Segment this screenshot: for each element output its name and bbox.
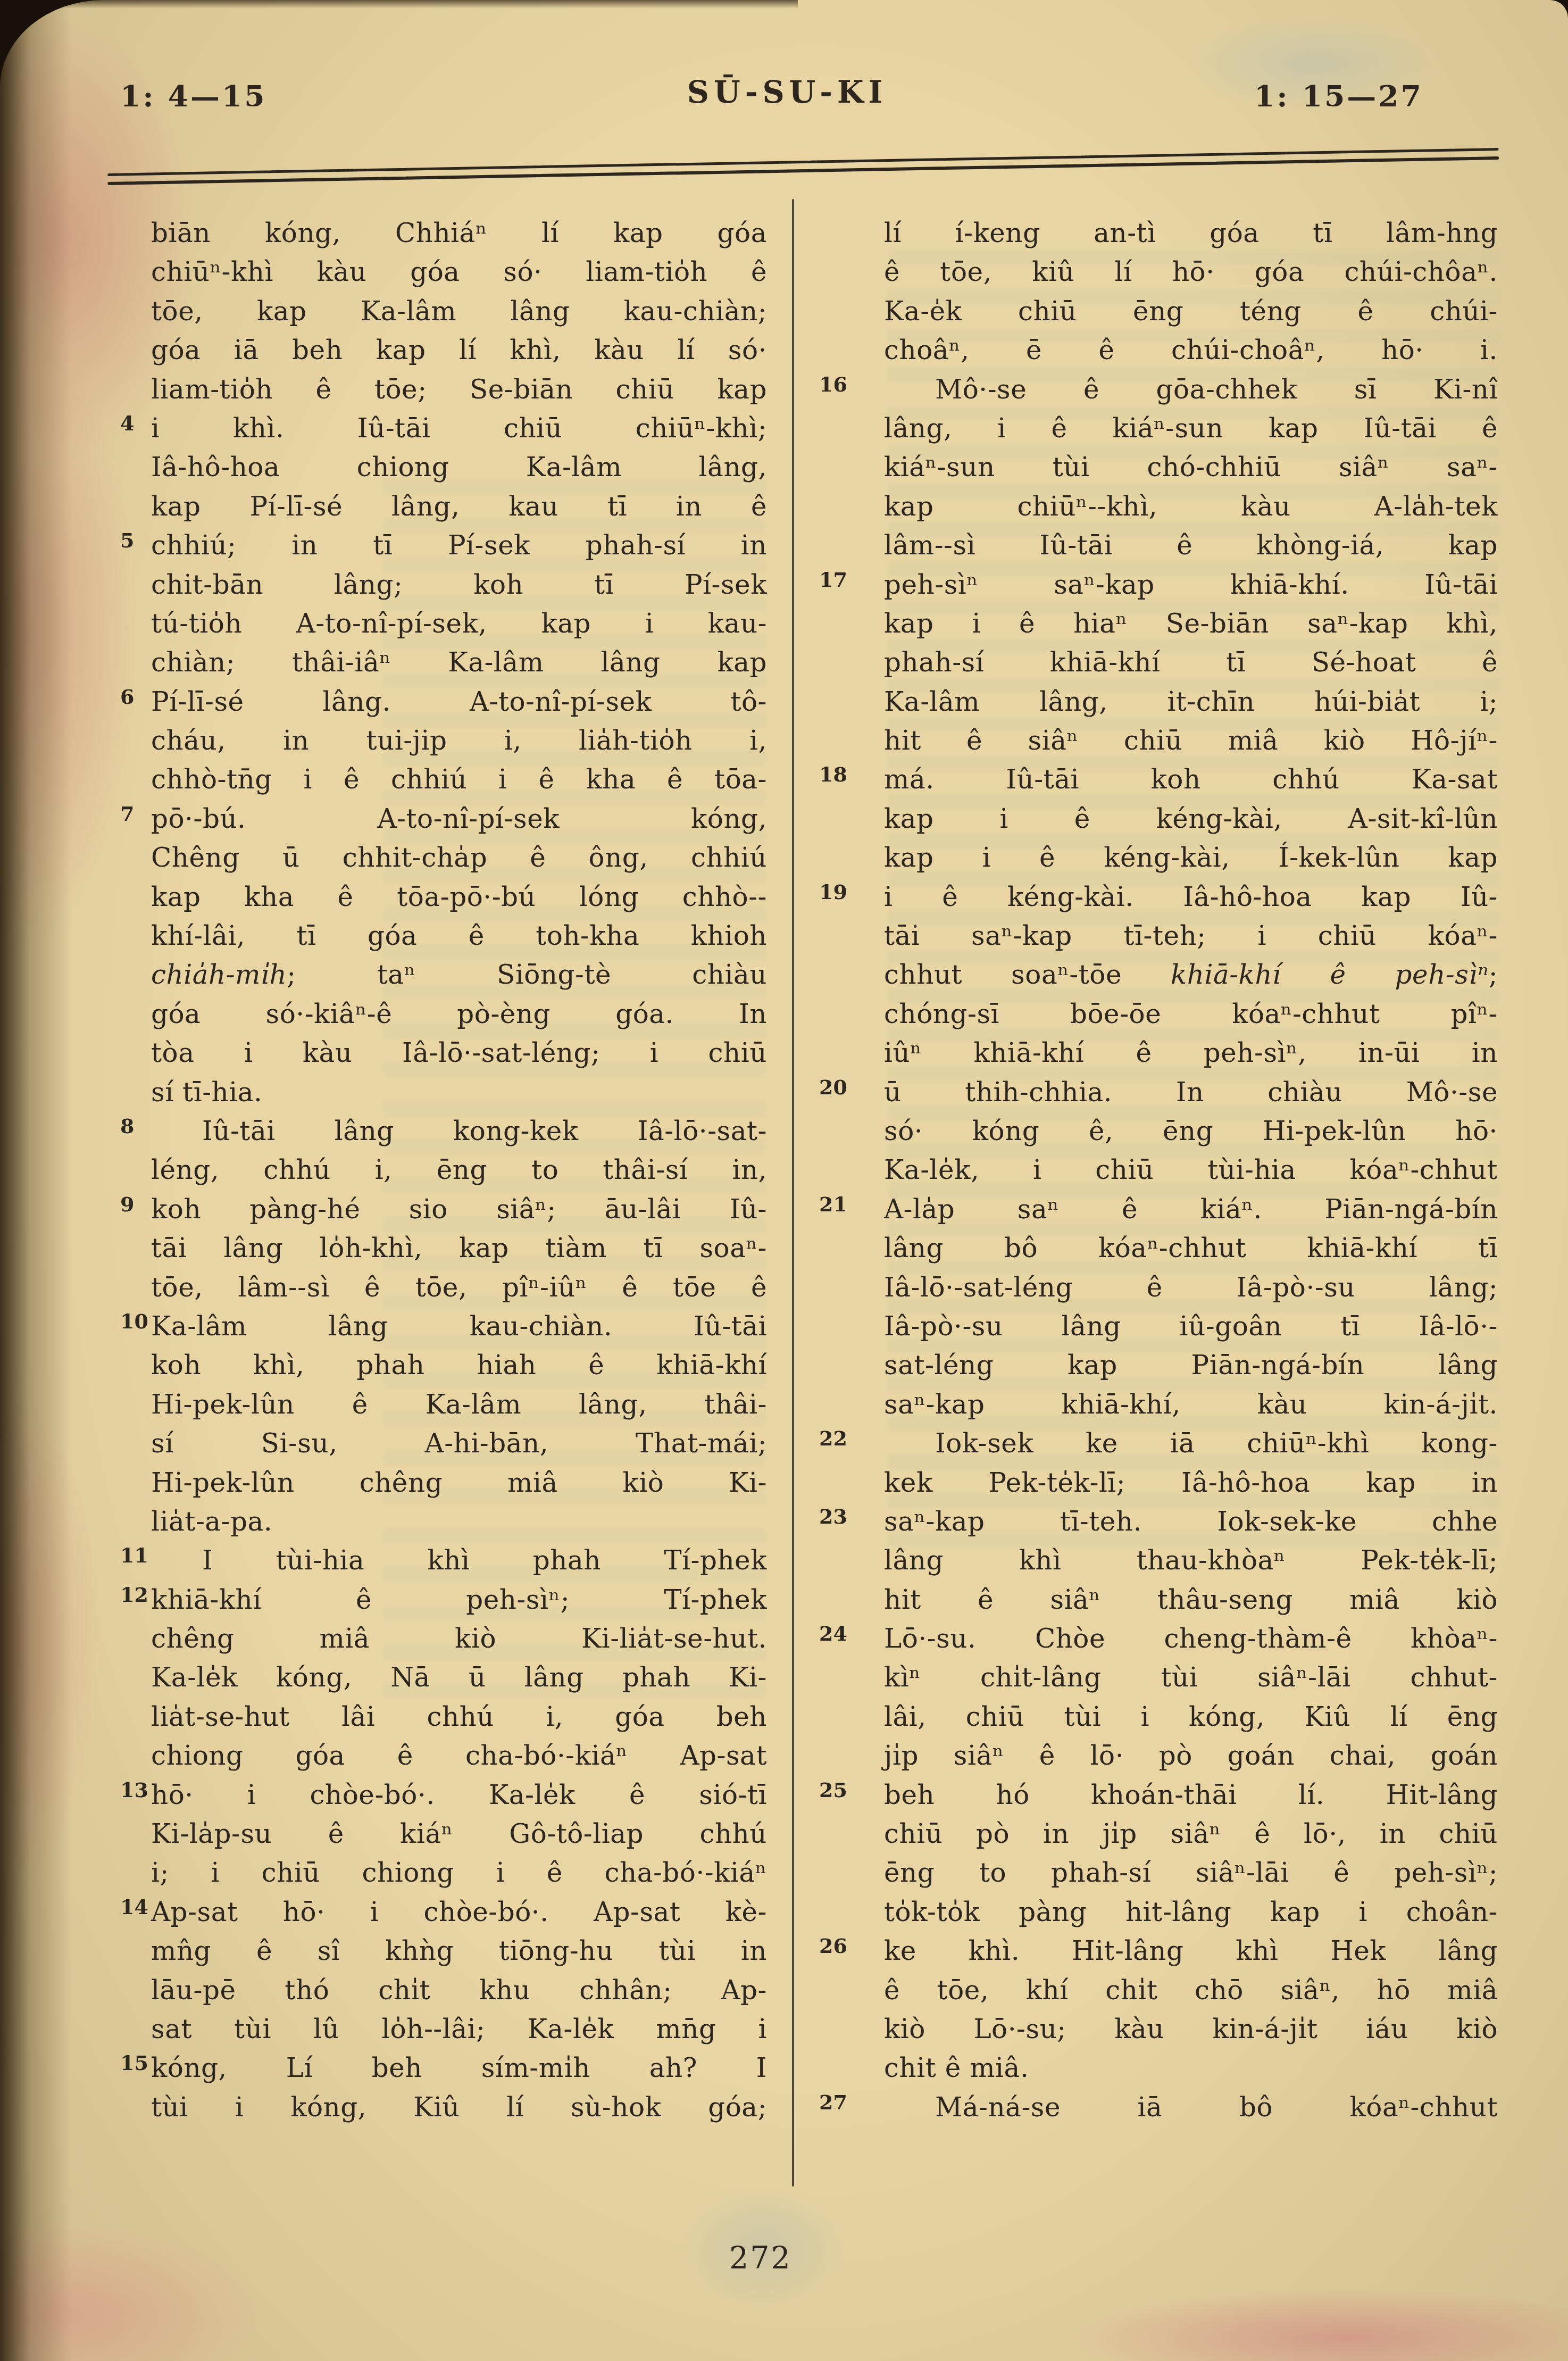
text-segment: biān kóng, Chhiáⁿ lí kap góa: [151, 218, 767, 248]
text-line: tāi saⁿ-kap tī-teh; i chiū kóaⁿ-: [884, 917, 1498, 955]
text-segment: hō· i chòe-bó·. Ka-le̍k ê sió-tī: [151, 1780, 767, 1810]
text-line: Hi-pek-lûn ê Ka-lâm lâng, thâi-: [151, 1385, 767, 1424]
text-line: chiūⁿ-khì kàu góa só· liam-tio̍h ê: [151, 253, 767, 292]
text-line: Iok-sek ke iā chiūⁿ-khì kong-22: [884, 1424, 1498, 1463]
text-line: kap kha ê tōa-pō·-bú lóng chhò--: [151, 878, 767, 917]
text-line: lâng, i ê kiáⁿ-sun kap Iû-tāi ê: [884, 409, 1498, 448]
text-segment: i khì. Iû-tāi chiū chiūⁿ-khì;: [151, 413, 767, 444]
text-segment: sí tī-hia.: [151, 1077, 262, 1108]
text-segment: lia̍t-a-pa.: [151, 1506, 272, 1537]
header-verse-range-right: 1: 15—27: [1254, 79, 1423, 113]
text-segment: i ê kéng-kài. Iâ-hô-hoa kap Iû-: [884, 882, 1498, 912]
text-segment: chit-bān lâng; koh tī Pí-sek: [151, 569, 767, 600]
text-line: tāi lâng lo̍h-khì, kap tiàm tī soaⁿ-: [151, 1229, 767, 1268]
text-line: beh hó khoán-thāi lí. Hit-lâng25: [884, 1776, 1498, 1815]
verse-number: 26: [819, 1936, 847, 1956]
text-segment: Ka-lâm lâng kau-chiàn. Iû-tāi: [151, 1311, 767, 1342]
text-segment: koh khì, phah hiah ê khiā-khí: [151, 1350, 767, 1381]
text-segment: ;: [1489, 959, 1498, 990]
text-segment: chiūⁿ-khì kàu góa só· liam-tio̍h ê: [151, 256, 767, 287]
text-segment: Iok-sek ke iā chiūⁿ-khì kong-: [935, 1428, 1498, 1459]
verse-number: 13: [120, 1780, 148, 1800]
text-line: mn̂g ê sî khǹg tiōng-hu tùi in: [151, 1932, 767, 1971]
text-line: chhiú; in tī Pí-sek phah-sí in5: [151, 526, 767, 565]
verse-number: 22: [819, 1428, 847, 1449]
text-line: ū thih-chhia. In chiàu Mô·-se20: [884, 1073, 1498, 1112]
text-segment: lâi, chiū tùi i kóng, Kiû lí ēng: [884, 1701, 1498, 1732]
verse-number: 12: [120, 1585, 148, 1605]
text-line: sí tī-hia.: [151, 1073, 767, 1112]
text-segment: ū thih-chhia. In chiàu Mô·-se: [884, 1077, 1498, 1108]
text-line: Ap-sat hō· i chòe-bó·. Ap-sat kè-14: [151, 1893, 767, 1932]
text-line: liam-tio̍h ê tōe; Se-biān chiū kap: [151, 370, 767, 409]
text-segment: ke khì. Hit-lâng khì Hek lâng: [884, 1935, 1498, 1966]
text-segment: khiā-khí ê peh-sìⁿ; Tí-phek: [151, 1584, 767, 1615]
text-line: Lō·-su. Chòe cheng-thàm-ê khòaⁿ-24: [884, 1619, 1498, 1658]
text-line: Ka-lâm lâng, it-chīn húi-bia̍t i;: [884, 683, 1498, 721]
text-line: hō· i chòe-bó·. Ka-le̍k ê sió-tī13: [151, 1776, 767, 1815]
text-segment: só· kóng ê, ēng Hi-pek-lûn hō·: [884, 1116, 1498, 1146]
text-line: Ka-lâm lâng kau-chiàn. Iû-tāi10: [151, 1307, 767, 1346]
text-line: kap i ê hiaⁿ Se-biān saⁿ-kap khì,: [884, 604, 1498, 643]
text-line: tōe, lâm--sì ê tōe, pîⁿ-iûⁿ ê tōe ê: [151, 1268, 767, 1307]
text-line: saⁿ-kap khiā-khí, kàu kin-á-ji̍t.: [884, 1385, 1498, 1424]
text-segment: lâng, i ê kiáⁿ-sun kap Iû-tāi ê: [884, 413, 1498, 444]
text-segment: Iâ-lō·-sat-léng ê Iâ-pò·-su lâng;: [884, 1272, 1498, 1303]
text-segment: Ki-la̍p-su ê kiáⁿ Gô-tô-liap chhú: [151, 1818, 767, 1849]
text-line: ke khì. Hit-lâng khì Hek lâng26: [884, 1932, 1498, 1971]
text-line: chhut soaⁿ-tōe khiā-khí ê peh-sìⁿ;: [884, 955, 1498, 994]
text-line: phah-sí khiā-khí tī Sé-hoat ê: [884, 643, 1498, 682]
text-segment: saⁿ-kap khiā-khí, kàu kin-á-ji̍t.: [884, 1389, 1498, 1420]
verse-number: 19: [819, 882, 847, 902]
header-double-rule: [107, 148, 1499, 185]
text-line: lâng khì thau-khòaⁿ Pek-te̍k-lī;: [884, 1541, 1498, 1580]
text-segment: tùi i kóng, Kiû lí sù-hok góa;: [151, 2092, 767, 2123]
text-line: lāu-pē thó chi̍t khu chhân; Ap-: [151, 1971, 767, 2010]
text-line: góa só·-kiâⁿ-ê pò-èng góa. In: [151, 995, 767, 1034]
text-line: Ka-le̍k kóng, Nā ū lâng phah Ki-: [151, 1658, 767, 1697]
text-segment: Lō·-su. Chòe cheng-thàm-ê khòaⁿ-: [884, 1623, 1498, 1654]
text-segment: A-la̍p saⁿ ê kiáⁿ. Piān-ngá-bín: [884, 1194, 1498, 1225]
text-line: kap i ê kéng-kài, A-sit-kî-lûn: [884, 800, 1498, 838]
text-line: hit ê siâⁿ thâu-seng miâ kiò: [884, 1581, 1498, 1619]
text-segment: sat-léng kap Piān-ngá-bín lâng: [884, 1350, 1498, 1381]
verse-number: 8: [120, 1116, 134, 1136]
text-column-right: lí í-keng an-tì góa tī lâm-hngê tōe, kiû…: [884, 214, 1498, 2127]
text-line: biān kóng, Chhiáⁿ lí kap góa: [151, 214, 767, 253]
text-line: ê tōe, khí chi̍t chō siâⁿ, hō miâ: [884, 1971, 1498, 2010]
text-line: chit ê miâ.: [884, 2049, 1498, 2088]
text-segment: chhò-tn̄g i ê chhiú i ê kha ê tōa-: [151, 764, 767, 795]
verse-number: 18: [819, 764, 847, 785]
verse-number: 17: [819, 570, 847, 590]
text-line: léng, chhú i, ēng to thâi-sí in,: [151, 1151, 767, 1190]
text-segment: kìⁿ chi̍t-lâng tùi siâⁿ-lāi chhut-: [884, 1662, 1498, 1693]
text-segment: I tùi-hia khì phah Tí-phek: [202, 1545, 767, 1576]
verse-number: 5: [120, 530, 134, 551]
text-segment: ji̍p siâⁿ ê lō· pò goán chai, goán: [884, 1740, 1498, 1771]
text-line: to̍k-to̍k pàng hit-lâng kap i choân-: [884, 1893, 1498, 1932]
text-segment: lí í-keng an-tì góa tī lâm-hng: [884, 218, 1498, 248]
verse-number: 7: [120, 804, 134, 824]
text-line: chiong góa ê cha-bó·-kiáⁿ Ap-sat: [151, 1736, 767, 1775]
text-segment: choâⁿ, ē ê chúi-choâⁿ, hō· i.: [884, 335, 1498, 365]
scanned-book-page: 1: 4—15 SŪ-SU-KI 1: 15—27 biān kóng, Chh…: [0, 0, 1568, 2361]
text-line: A-la̍p saⁿ ê kiáⁿ. Piān-ngá-bín21: [884, 1190, 1498, 1229]
text-segment: ēng to phah-sí siâⁿ-lāi ê peh-sìⁿ;: [884, 1857, 1498, 1888]
text-segment: Ka-lâm lâng, it-chīn húi-bia̍t i;: [884, 686, 1498, 717]
text-line: tú-tio̍h A-to-nî-pí-sek, kap i kau-: [151, 604, 767, 643]
text-line: kek Pek-te̍k-lī; Iâ-hô-hoa kap in: [884, 1464, 1498, 1502]
text-line: i; i chiū chiong i ê cha-bó·-kiáⁿ: [151, 1853, 767, 1892]
text-line: chia̍h-mi̍h; taⁿ Siōng-tè chiàu: [151, 955, 767, 994]
text-line: i khì. Iû-tāi chiū chiūⁿ-khì;4: [151, 409, 767, 448]
text-line: chiū pò in ji̍p siâⁿ ê lō·, in chiū: [884, 1815, 1498, 1853]
text-line: tòa i kàu Iâ-lō·-sat-léng; i chiū: [151, 1034, 767, 1073]
verse-number: 14: [120, 1897, 148, 1917]
text-segment: hit ê siâⁿ thâu-seng miâ kiò: [884, 1584, 1498, 1615]
text-segment: ; taⁿ Siōng-tè chiàu: [287, 959, 767, 990]
text-segment: Chêng ū chhit-cha̍p ê ông, chhiú: [151, 842, 767, 873]
text-segment: pō·-bú. A-to-nî-pí-sek kóng,: [151, 803, 767, 834]
verse-number: 6: [120, 687, 134, 707]
text-line: Chêng ū chhit-cha̍p ê ông, chhiú: [151, 838, 767, 877]
verse-number: 23: [819, 1507, 847, 1527]
text-line: ê tōe, kiû lí hō· góa chúi-chôaⁿ.: [884, 253, 1498, 292]
italic-phrase: chia̍h-mi̍h: [151, 959, 287, 990]
text-segment: Ka-e̍k chiū ēng téng ê chúi-: [884, 296, 1498, 327]
text-line: chêng miâ kiò Ki-lia̍t-se-hut.: [151, 1619, 767, 1658]
verse-number: 15: [120, 2053, 148, 2073]
text-segment: Pí-lī-sé lâng. A-to-nî-pí-sek tô-: [151, 686, 767, 717]
text-line: saⁿ-kap tī-teh. Iok-sek-ke chhe23: [884, 1502, 1498, 1541]
text-line: lâng bô kóaⁿ-chhut khiā-khí tī: [884, 1229, 1498, 1268]
text-segment: koh pàng-hé sio siâⁿ; āu-lâi Iû-: [151, 1194, 767, 1225]
text-line: má. Iû-tāi koh chhú Ka-sat18: [884, 760, 1498, 799]
text-line: cháu, in tui-jip i, lia̍h-tio̍h i,: [151, 721, 767, 760]
text-segment: Má-ná-se iā bô kóaⁿ-chhut: [935, 2092, 1498, 2123]
text-segment: Hi-pek-lûn ê Ka-lâm lâng, thâi-: [151, 1389, 767, 1420]
text-line: tōe, kap Ka-lâm lâng kau-chiàn;: [151, 292, 767, 331]
text-line: peh-sìⁿ saⁿ-kap khiā-khí. Iû-tāi17: [884, 566, 1498, 604]
text-line: chóng-sī bōe-ōe kóaⁿ-chhut pîⁿ-: [884, 995, 1498, 1034]
text-line: ēng to phah-sí siâⁿ-lāi ê peh-sìⁿ;: [884, 1853, 1498, 1892]
text-segment: Ap-sat hō· i chòe-bó·. Ap-sat kè-: [151, 1897, 767, 1927]
column-divider-rule: [792, 199, 794, 2187]
verse-number: 24: [819, 1624, 847, 1644]
text-segment: tāi saⁿ-kap tī-teh; i chiū kóaⁿ-: [884, 920, 1498, 951]
text-line: lia̍t-se-hut lâi chhú i, góa beh: [151, 1698, 767, 1736]
text-segment: iûⁿ khiā-khí ê peh-sìⁿ, in-ūi in: [884, 1037, 1498, 1068]
verse-number: 20: [819, 1077, 847, 1098]
text-segment: léng, chhú i, ēng to thâi-sí in,: [151, 1154, 767, 1185]
text-line: koh khì, phah hiah ê khiā-khí: [151, 1346, 767, 1385]
text-segment: chóng-sī bōe-ōe kóaⁿ-chhut pîⁿ-: [884, 999, 1498, 1029]
text-line: hit ê siâⁿ chiū miâ kiò Hô-jíⁿ-: [884, 721, 1498, 760]
text-segment: lâm--sì Iû-tāi ê khòng-iá, kap: [884, 530, 1498, 561]
text-segment: kap chiūⁿ--khì, kàu A-la̍h-tek: [884, 491, 1498, 522]
text-line: Pí-lī-sé lâng. A-to-nî-pí-sek tô-6: [151, 683, 767, 721]
text-line: sí Si-su, A-hi-bān, That-mái;: [151, 1424, 767, 1463]
text-segment: chit ê miâ.: [884, 2052, 1029, 2083]
text-line: khiā-khí ê peh-sìⁿ; Tí-phek12: [151, 1581, 767, 1619]
text-segment: ê tōe, khí chi̍t chō siâⁿ, hō miâ: [884, 1975, 1498, 2006]
text-segment: kap kha ê tōa-pō·-bú lóng chhò--: [151, 882, 767, 912]
text-segment: peh-sìⁿ saⁿ-kap khiā-khí. Iû-tāi: [884, 569, 1498, 600]
text-segment: beh hó khoán-thāi lí. Hit-lâng: [884, 1780, 1498, 1810]
text-segment: chhiú; in tī Pí-sek phah-sí in: [151, 530, 767, 561]
text-line: Iû-tāi lâng kong-kek Iâ-lō·-sat-8: [151, 1112, 767, 1151]
text-line: só· kóng ê, ēng Hi-pek-lûn hō·: [884, 1112, 1498, 1151]
text-segment: hit ê siâⁿ chiū miâ kiò Hô-jíⁿ-: [884, 725, 1498, 756]
text-line: kìⁿ chi̍t-lâng tùi siâⁿ-lāi chhut-: [884, 1658, 1498, 1697]
verse-number: 27: [819, 2092, 847, 2113]
text-line: lâi, chiū tùi i kóng, Kiû lí ēng: [884, 1698, 1498, 1736]
text-segment: kap i ê hiaⁿ Se-biān saⁿ-kap khì,: [884, 608, 1498, 639]
text-segment: chiàn; thâi-iâⁿ Ka-lâm lâng kap: [151, 647, 767, 678]
text-line: chhò-tn̄g i ê chhiú i ê kha ê tōa-: [151, 760, 767, 799]
text-line: koh pàng-hé sio siâⁿ; āu-lâi Iû-9: [151, 1190, 767, 1229]
text-line: tùi i kóng, Kiû lí sù-hok góa;: [151, 2088, 767, 2127]
text-segment: i; i chiū chiong i ê cha-bó·-kiáⁿ: [151, 1857, 767, 1888]
text-segment: Mô·-se ê gōa-chhek sī Ki-nî: [935, 374, 1498, 405]
text-line: khí-lâi, tī góa ê toh-kha khioh: [151, 917, 767, 955]
text-segment: lâng bô kóaⁿ-chhut khiā-khí tī: [884, 1233, 1498, 1263]
text-line: Hi-pek-lûn chêng miâ kiò Ki-: [151, 1464, 767, 1502]
text-line: kap chiūⁿ--khì, kàu A-la̍h-tek: [884, 487, 1498, 526]
text-segment: cháu, in tui-jip i, lia̍h-tio̍h i,: [151, 725, 767, 756]
text-line: ji̍p siâⁿ ê lō· pò goán chai, goán: [884, 1736, 1498, 1775]
text-segment: tòa i kàu Iâ-lō·-sat-léng; i chiū: [151, 1037, 767, 1068]
text-segment: sat tùi lû lo̍h--lâi; Ka-le̍k mn̄g i: [151, 2014, 767, 2044]
text-segment: góa iā beh kap lí khì, kàu lí só·: [151, 335, 767, 365]
text-line: choâⁿ, ē ê chúi-choâⁿ, hō· i.: [884, 331, 1498, 370]
text-line: kap Pí-lī-sé lâng, kau tī in ê: [151, 487, 767, 526]
verse-number: 16: [819, 375, 847, 395]
text-line: Iâ-hô-hoa chiong Ka-lâm lâng,: [151, 448, 767, 487]
text-line: chiàn; thâi-iâⁿ Ka-lâm lâng kap: [151, 643, 767, 682]
text-line: I tùi-hia khì phah Tí-phek11: [151, 1541, 767, 1580]
text-line: Iâ-pò·-su lâng iû-goân tī Iâ-lō·-: [884, 1307, 1498, 1346]
text-segment: má. Iû-tāi koh chhú Ka-sat: [884, 764, 1498, 795]
text-line: sat tùi lû lo̍h--lâi; Ka-le̍k mn̄g i: [151, 2010, 767, 2049]
text-line: Mô·-se ê gōa-chhek sī Ki-nî16: [884, 370, 1498, 409]
text-segment: kek Pek-te̍k-lī; Iâ-hô-hoa kap in: [884, 1467, 1498, 1498]
text-segment: Ka-le̍k, i chiū tùi-hia kóaⁿ-chhut: [884, 1154, 1498, 1185]
verse-number: 25: [819, 1780, 847, 1800]
text-segment: Hi-pek-lûn chêng miâ kiò Ki-: [151, 1467, 767, 1498]
text-line: Ka-le̍k, i chiū tùi-hia kóaⁿ-chhut: [884, 1151, 1498, 1190]
text-segment: kiáⁿ-sun tùi chó-chhiū siâⁿ saⁿ-: [884, 452, 1498, 483]
text-line: lí í-keng an-tì góa tī lâm-hng: [884, 214, 1498, 253]
text-line: Iâ-lō·-sat-léng ê Iâ-pò·-su lâng;: [884, 1268, 1498, 1307]
text-segment: kap i ê kéng-kài, A-sit-kî-lûn: [884, 803, 1498, 834]
text-segment: chêng miâ kiò Ki-lia̍t-se-hut.: [151, 1623, 767, 1654]
text-segment: mn̂g ê sî khǹg tiōng-hu tùi in: [151, 1935, 767, 1966]
verse-number: 11: [120, 1545, 148, 1566]
verse-number: 10: [120, 1311, 148, 1332]
text-line: pō·-bú. A-to-nî-pí-sek kóng,7: [151, 800, 767, 838]
text-segment: tāi lâng lo̍h-khì, kap tiàm tī soaⁿ-: [151, 1233, 767, 1263]
text-segment: ê tōe, kiû lí hō· góa chúi-chôaⁿ.: [884, 256, 1498, 287]
text-segment: phah-sí khiā-khí tī Sé-hoat ê: [884, 647, 1498, 678]
text-segment: lâng khì thau-khòaⁿ Pek-te̍k-lī;: [884, 1545, 1498, 1576]
text-segment: chiū pò in ji̍p siâⁿ ê lō·, in chiū: [884, 1818, 1498, 1849]
text-segment: Iû-tāi lâng kong-kek Iâ-lō·-sat-: [202, 1116, 767, 1146]
text-line: Ka-e̍k chiū ēng téng ê chúi-: [884, 292, 1498, 331]
text-column-left: biān kóng, Chhiáⁿ lí kap góachiūⁿ-khì kà…: [151, 214, 767, 2127]
verse-number: 9: [120, 1194, 134, 1215]
text-segment: góa só·-kiâⁿ-ê pò-èng góa. In: [151, 999, 767, 1029]
text-line: sat-léng kap Piān-ngá-bín lâng: [884, 1346, 1498, 1385]
text-line: chit-bān lâng; koh tī Pí-sek: [151, 566, 767, 604]
header-verse-range-left: 1: 4—15: [120, 79, 267, 113]
text-line: lâm--sì Iû-tāi ê khòng-iá, kap: [884, 526, 1498, 565]
page-number: 272: [723, 2241, 798, 2276]
text-line: lia̍t-a-pa.: [151, 1502, 767, 1541]
running-title: SŪ-SU-KI: [627, 74, 948, 110]
text-line: kiò Lō·-su; kàu kin-á-ji̍t iáu kiò: [884, 2010, 1498, 2049]
text-segment: chhut soaⁿ-tōe: [884, 959, 1171, 990]
text-segment: tú-tio̍h A-to-nî-pí-sek, kap i kau-: [151, 608, 767, 639]
text-segment: sí Si-su, A-hi-bān, That-mái;: [151, 1428, 767, 1459]
text-segment: kiò Lō·-su; kàu kin-á-ji̍t iáu kiò: [884, 2014, 1498, 2044]
text-line: góa iā beh kap lí khì, kàu lí só·: [151, 331, 767, 370]
text-segment: saⁿ-kap tī-teh. Iok-sek-ke chhe: [884, 1506, 1498, 1537]
text-line: kóng, Lí beh sím-mi̍h ah? I15: [151, 2049, 767, 2088]
text-line: iûⁿ khiā-khí ê peh-sìⁿ, in-ūi in: [884, 1034, 1498, 1073]
text-segment: kap Pí-lī-sé lâng, kau tī in ê: [151, 491, 767, 522]
text-segment: tōe, kap Ka-lâm lâng kau-chiàn;: [151, 296, 767, 327]
text-line: Má-ná-se iā bô kóaⁿ-chhut27: [884, 2088, 1498, 2127]
text-segment: chiong góa ê cha-bó·-kiáⁿ Ap-sat: [151, 1740, 767, 1771]
text-segment: lāu-pē thó chi̍t khu chhân; Ap-: [151, 1975, 767, 2006]
text-segment: kap i ê kéng-kài, Í-kek-lûn kap: [884, 842, 1498, 873]
text-segment: lia̍t-se-hut lâi chhú i, góa beh: [151, 1701, 767, 1732]
verse-number: 4: [120, 413, 134, 434]
text-line: kap i ê kéng-kài, Í-kek-lûn kap: [884, 838, 1498, 877]
text-segment: to̍k-to̍k pàng hit-lâng kap i choân-: [884, 1897, 1498, 1927]
text-line: i ê kéng-kài. Iâ-hô-hoa kap Iû-19: [884, 878, 1498, 917]
text-segment: tōe, lâm--sì ê tōe, pîⁿ-iûⁿ ê tōe ê: [151, 1272, 767, 1303]
italic-phrase: khiā-khí ê peh-sìⁿ: [1171, 959, 1489, 990]
text-segment: khí-lâi, tī góa ê toh-kha khioh: [151, 920, 767, 951]
text-line: kiáⁿ-sun tùi chó-chhiū siâⁿ saⁿ-: [884, 448, 1498, 487]
text-segment: Iâ-hô-hoa chiong Ka-lâm lâng,: [151, 452, 767, 483]
text-segment: liam-tio̍h ê tōe; Se-biān chiū kap: [151, 374, 767, 405]
text-segment: Iâ-pò·-su lâng iû-goân tī Iâ-lō·-: [884, 1311, 1498, 1342]
text-segment: kóng, Lí beh sím-mi̍h ah? I: [151, 2052, 767, 2083]
verse-number: 21: [819, 1194, 847, 1215]
text-line: Ki-la̍p-su ê kiáⁿ Gô-tô-liap chhú: [151, 1815, 767, 1853]
text-segment: Ka-le̍k kóng, Nā ū lâng phah Ki-: [151, 1662, 767, 1693]
